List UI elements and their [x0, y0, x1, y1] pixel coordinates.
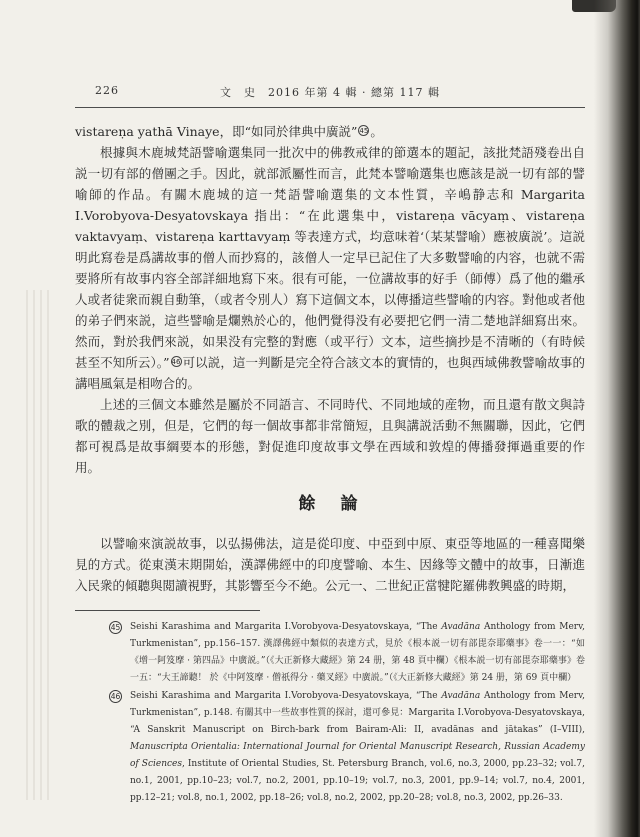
- section-heading: 餘 論: [75, 494, 585, 515]
- paragraph-3: 以譬喻來演説故事，以弘揚佛法，這是從印度、中亞到中原、東亞等地區的一種喜聞樂見的…: [75, 533, 585, 596]
- footnote-ref-marker: 46: [171, 356, 182, 367]
- footnotes-section: 45 Seishi Karashima and Margarita I.Voro…: [75, 619, 585, 807]
- footnote-text: Seishi Karashima and Margarita I.Vorobyo…: [130, 619, 585, 687]
- paragraph-1: 根據與木鹿城梵語譬喻選集同一批次中的佛教戒律的節選本的題記，該批梵語殘卷出自説一…: [75, 142, 585, 394]
- header-rule: [75, 107, 585, 108]
- footnote-text: Seishi Karashima and Margarita I.Vorobyo…: [130, 688, 585, 807]
- footnote-marker: 45: [109, 621, 122, 634]
- paragraph-text: vistareṇa yathā Vinaye，即“如同於律典中廣説”: [75, 124, 357, 139]
- footnote-item: 45 Seishi Karashima and Margarita I.Voro…: [75, 619, 585, 687]
- paragraph-2: 上述的三個文本雖然是屬於不同語言、不同時代、不同地域的産物，而且還有散文與詩歌的…: [75, 394, 585, 478]
- footnote-item: 46 Seishi Karashima and Margarita I.Voro…: [75, 688, 585, 807]
- footnote-marker: 46: [109, 690, 122, 703]
- footnote-ref-marker: 45: [358, 125, 369, 136]
- paragraph-continuation: vistareṇa yathā Vinaye，即“如同於律典中廣説”45。: [75, 121, 585, 142]
- paragraph-text: 根據與木鹿城梵語譬喻選集同一批次中的佛教戒律的節選本的題記，該批梵語殘卷出自説一…: [75, 145, 585, 370]
- scanned-journal-page: { "colors": { "paper": "#f2f0ea", "ink":…: [0, 0, 640, 837]
- paragraph-text: 。: [370, 124, 383, 139]
- page-header: 226 文 史 2016 年第 4 輯 · 總第 117 輯: [75, 84, 585, 100]
- journal-issue-info: 文 史 2016 年第 4 輯 · 總第 117 輯: [75, 84, 585, 100]
- page-content: 226 文 史 2016 年第 4 輯 · 總第 117 輯 vistareṇa…: [0, 0, 640, 837]
- article-body: vistareṇa yathā Vinaye，即“如同於律典中廣説”45。 根據…: [75, 121, 585, 596]
- footnote-divider: [75, 610, 260, 611]
